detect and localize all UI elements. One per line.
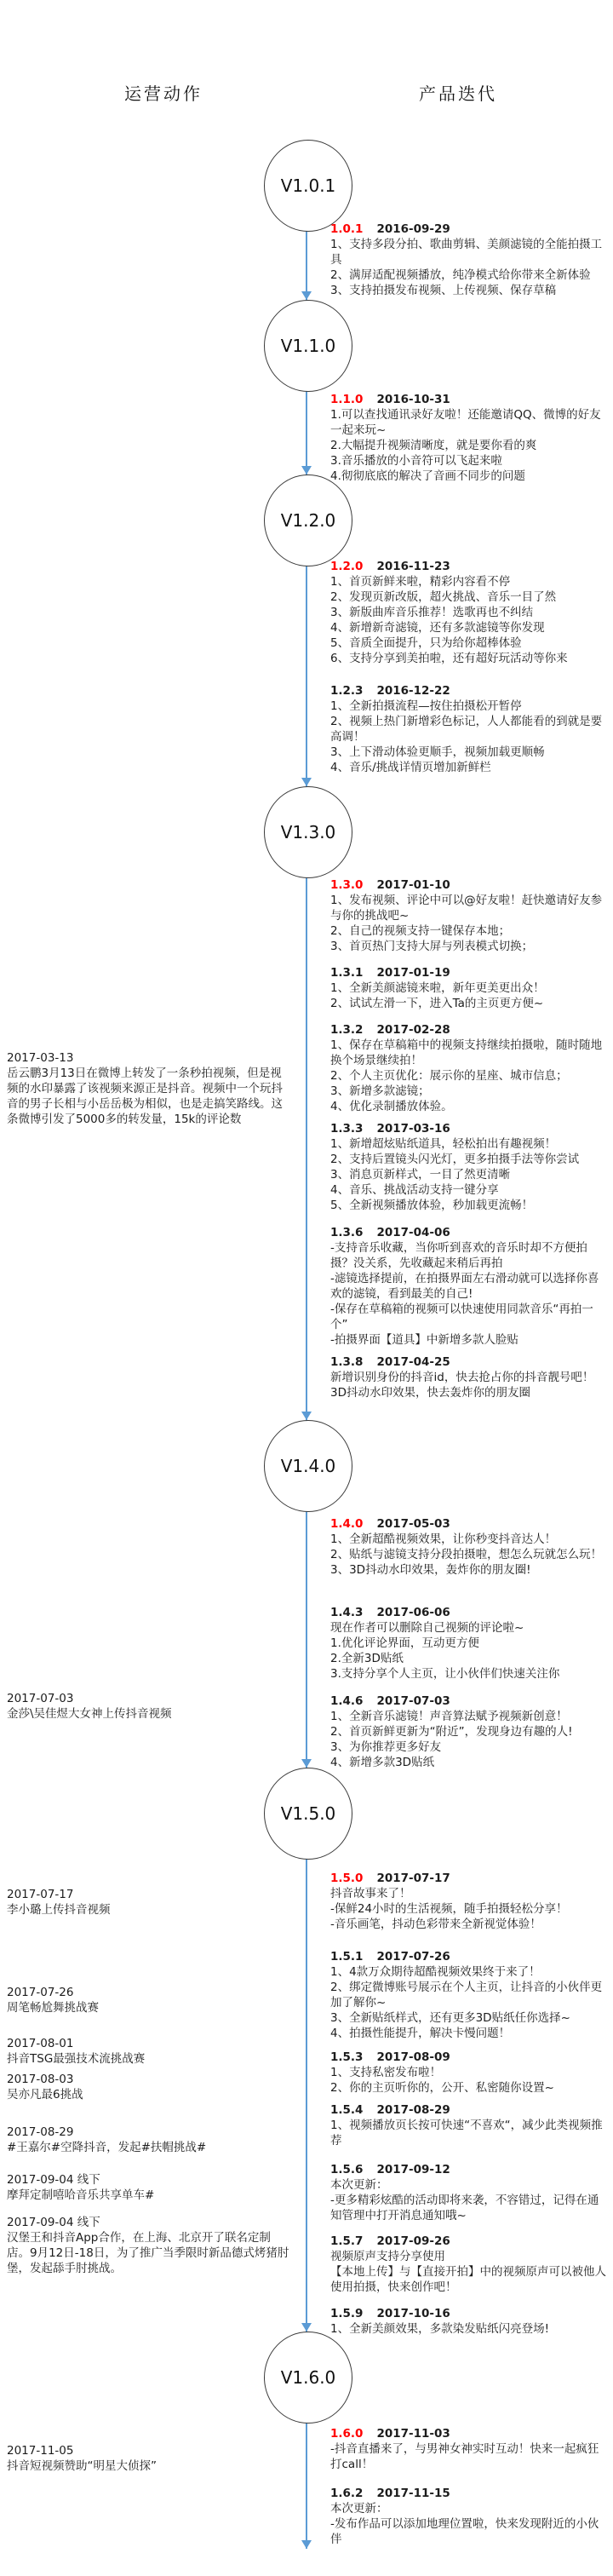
release-date: 2017-09-26 (376, 2234, 450, 2248)
release-notes: 本次更新： -发布作品可以添加地理位置啦，快来发现附近的小伙伴 (330, 2501, 610, 2547)
release-version: 1.5.0 (330, 1871, 363, 1886)
release-date: 2017-05-03 (376, 1517, 450, 1531)
ops-text: 李小璐上传抖音视频 (7, 1902, 291, 1918)
release-date: 2017-09-12 (376, 2163, 450, 2176)
arrow-down-icon (301, 291, 312, 300)
release-date: 2016-11-23 (376, 560, 450, 573)
ops-date: 2017-08-01 (7, 2036, 291, 2051)
release-notes: 1、全新音乐滤镜！声音算法赋予视频新创意！ 2、首页新鲜更新为“附近”，发现身边… (330, 1709, 610, 1770)
release-header: 1.5.02017-07-17 (330, 1871, 610, 1886)
release-notes: 1、全新美颜效果，多款染发贴纸闪亮登场! (330, 2321, 610, 2337)
ops-date: 2017-09-04 线下 (7, 2215, 291, 2230)
release-date: 2017-08-29 (376, 2103, 450, 2117)
release-header: 1.0.12016-09-29 (330, 221, 610, 237)
arrow-down-icon (301, 1759, 312, 1768)
version-node-v1-1-0: V1.1.0 (264, 300, 352, 392)
release-header: 1.3.62017-04-06 (330, 1225, 610, 1240)
version-node-v1-2-0: V1.2.0 (264, 474, 352, 566)
release-version: 1.2.0 (330, 559, 363, 574)
release-block-1-3-8: 1.3.82017-04-25新增识别身份的抖音id，快去抢占你的抖音靓号吧！ … (330, 1354, 610, 1400)
release-version: 1.3.6 (330, 1225, 363, 1240)
release-version: 1.5.9 (330, 2306, 363, 2321)
ops-text: 周笔畅尬舞挑战赛 (7, 2000, 291, 2015)
arrow-down-icon (301, 1412, 312, 1420)
release-version: 1.3.8 (330, 1354, 363, 1370)
release-block-1-5-4: 1.5.42017-08-291、视频播放页长按可快速“不喜欢“，减少此类视频推… (330, 2102, 610, 2148)
release-date: 2017-11-15 (376, 2487, 450, 2500)
ops-entry-wuyifan: 2017-08-03吴亦凡最6挑战 (7, 2072, 291, 2102)
ops-date: 2017-09-04 线下 (7, 2172, 291, 2188)
release-date: 2017-02-28 (376, 1023, 450, 1037)
release-notes: 1、首页新鲜来啦，精彩内容看不停 2、发现页新改版，超火挑战、音乐一目了然 3、… (330, 574, 610, 666)
column-title-operations: 运营动作 (124, 80, 203, 105)
release-header: 1.3.02017-01-10 (330, 877, 610, 893)
arrow-down-icon (301, 2540, 312, 2549)
release-block-1-5-3: 1.5.32017-08-091、支持私密发布啦！ 2、你的主页听你的，公开、私… (330, 2050, 610, 2096)
release-version: 1.5.3 (330, 2050, 363, 2065)
release-header: 1.3.22017-02-28 (330, 1022, 610, 1038)
release-block-1-5-0: 1.5.02017-07-17抖音故事来了！ -保鲜24小时的生活视频，随手拍摄… (330, 1871, 610, 1932)
version-label: V1.0.1 (281, 175, 336, 196)
release-date: 2017-01-19 (376, 966, 450, 980)
release-notes: 现在作者可以删除自己视频的评论啦~ 1.优化评论界面，互动更方便 2.全新3D贴… (330, 1620, 610, 1682)
release-block-1-2-3: 1.2.32016-12-221、全新拍摄流程—按住拍摄松开暂停 2、视频上热门… (330, 683, 610, 775)
release-block-1-4-0: 1.4.02017-05-031、全新超酷视频效果，让你秒变抖音达人！ 2、贴纸… (330, 1516, 610, 1578)
release-version: 1.2.3 (330, 683, 363, 699)
version-label: V1.3.0 (281, 822, 336, 842)
release-notes: 视频原声支持分享使用 【本地上传】与【直接开拍】中的视频原声可以被他人使用拍摄，… (330, 2249, 610, 2295)
ops-entry-yueyunpeng: 2017-03-13岳云鹏3月13日在微博上转发了一条秒拍视频，但是视频的水印暴… (7, 1050, 291, 1127)
ops-date: 2017-07-03 (7, 1691, 291, 1706)
release-version: 1.3.0 (330, 877, 363, 893)
ops-text: 抖音TSG最强技术流挑战赛 (7, 2051, 291, 2067)
release-header: 1.4.32017-06-06 (330, 1605, 610, 1620)
release-block-1-3-0: 1.3.02017-01-101、发布视频、评论中可以@好友啦！赶快邀请好友参与… (330, 877, 610, 954)
ops-entry-zhoubichang: 2017-07-26周笔畅尬舞挑战赛 (7, 1985, 291, 2015)
release-date: 2016-10-31 (376, 393, 450, 406)
version-label: V1.1.0 (281, 336, 336, 356)
release-date: 2017-04-25 (376, 1355, 450, 1369)
release-date: 2017-07-26 (376, 1950, 450, 1964)
release-version: 1.6.2 (330, 2486, 363, 2501)
timeline-diagram: 运营动作 产品迭代 V1.0.1 V1.1.0 V1.2.0 V1.3.0 V1… (0, 0, 613, 2576)
release-date: 2017-08-09 (376, 2050, 450, 2064)
version-label: V1.6.0 (281, 2367, 336, 2388)
release-block-1-4-6: 1.4.62017-07-031、全新音乐滤镜！声音算法赋予视频新创意！ 2、首… (330, 1693, 610, 1770)
release-header: 1.2.02016-11-23 (330, 559, 610, 574)
release-block-1-0-1: 1.0.12016-09-291、支持多段分拍、歌曲剪辑、美颜滤镜的全能拍摄工具… (330, 221, 610, 298)
ops-entry-jinsha: 2017-07-03金莎\吴佳煜大女神上传抖音视频 (7, 1691, 291, 1722)
version-node-v1-0-1: V1.0.1 (264, 140, 352, 232)
ops-date: 2017-08-03 (7, 2072, 291, 2087)
release-header: 1.3.12017-01-19 (330, 965, 610, 980)
ops-text: 岳云鹏3月13日在微博上转发了一条秒拍视频，但是视频的水印暴露了该视频来源正是抖… (7, 1066, 291, 1127)
version-node-v1-3-0: V1.3.0 (264, 786, 352, 878)
release-date: 2017-01-10 (376, 878, 450, 892)
version-node-v1-4-0: V1.4.0 (264, 1420, 352, 1512)
ops-entry-mingxingdazhentan: 2017-11-05抖音短视频赞助“明星大侦探” (7, 2443, 291, 2474)
release-block-1-3-3: 1.3.32017-03-161、新增超炫贴纸道具，轻松拍出有趣视频！ 2、支持… (330, 1121, 610, 1213)
release-block-1-3-1: 1.3.12017-01-191、全新美颜滤镜来啦，新年更美更出众！ 2、试试左… (330, 965, 610, 1011)
release-notes: 1、全新美颜滤镜来啦，新年更美更出众！ 2、试试左滑一下，进入Ta的主页更方便~ (330, 980, 610, 1011)
release-version: 1.3.1 (330, 965, 363, 980)
arrow-down-icon (301, 778, 312, 786)
release-header: 1.6.22017-11-15 (330, 2486, 610, 2501)
ops-entry-wangjiaer: 2017-08-29#王嘉尔#空降抖音，发起#扶帽挑战# (7, 2125, 291, 2155)
release-block-1-6-2: 1.6.22017-11-15本次更新： -发布作品可以添加地理位置啦，快来发现… (330, 2486, 610, 2547)
release-date: 2017-10-16 (376, 2307, 450, 2320)
release-header: 1.1.02016-10-31 (330, 392, 610, 407)
release-notes: 1、支持多段分拍、歌曲剪辑、美颜滤镜的全能拍摄工具 2、满屏适配视频播放，纯净模… (330, 237, 610, 298)
release-block-1-1-0: 1.1.02016-10-311.可以查找通讯录好友啦！还能邀请QQ、微博的好友… (330, 392, 610, 484)
release-version: 1.1.0 (330, 392, 363, 407)
ops-text: #王嘉尔#空降抖音，发起#扶帽挑战# (7, 2140, 291, 2155)
release-notes: 1、4款万众期待超酷视频效果终于来了！ 2、绑定微博账号展示在个人主页，让抖音的… (330, 1964, 610, 2041)
ops-text: 吴亦凡最6挑战 (7, 2087, 291, 2102)
release-notes: 1、全新拍摄流程—按住拍摄松开暂停 2、视频上热门新增彩色标记，人人都能看的到就… (330, 699, 610, 775)
release-notes: -抖音直播来了，与男神女神实时互动！快来一起疯狂打call！ (330, 2441, 610, 2472)
release-version: 1.4.0 (330, 1516, 363, 1532)
release-date: 2016-12-22 (376, 684, 450, 698)
version-label: V1.5.0 (281, 1803, 336, 1824)
release-version: 1.5.7 (330, 2234, 363, 2249)
release-version: 1.3.2 (330, 1022, 363, 1038)
release-header: 1.6.02017-11-03 (330, 2426, 610, 2441)
release-notes: 1、发布视频、评论中可以@好友啦！赶快邀请好友参与你的挑战吧~ 2、自己的视频支… (330, 893, 610, 954)
ops-text: 摩拜定制嘻哈音乐共享单车# (7, 2188, 291, 2203)
release-block-1-3-6: 1.3.62017-04-06-支持音乐收藏，当你听到喜欢的音乐时却不方便拍摄？… (330, 1225, 610, 1348)
release-version: 1.6.0 (330, 2426, 363, 2441)
version-node-v1-5-0: V1.5.0 (264, 1768, 352, 1860)
ops-date: 2017-08-29 (7, 2125, 291, 2140)
release-block-1-5-6: 1.5.62017-09-12本次更新： -更多精彩炫酷的活动即将来袭，不容错过… (330, 2162, 610, 2223)
arrow-down-icon (301, 2323, 312, 2332)
release-version: 1.0.1 (330, 221, 363, 237)
release-header: 1.5.92017-10-16 (330, 2306, 610, 2321)
ops-text: 抖音短视频赞助“明星大侦探” (7, 2458, 291, 2474)
release-version: 1.5.1 (330, 1949, 363, 1964)
release-header: 1.5.12017-07-26 (330, 1949, 610, 1964)
ops-date: 2017-07-17 (7, 1887, 291, 1902)
ops-entry-lixiaolu: 2017-07-17李小璐上传抖音视频 (7, 1887, 291, 1918)
ops-entry-tsg: 2017-08-01抖音TSG最强技术流挑战赛 (7, 2036, 291, 2067)
release-date: 2017-07-03 (376, 1694, 450, 1708)
release-block-1-5-9: 1.5.92017-10-161、全新美颜效果，多款染发贴纸闪亮登场! (330, 2306, 610, 2337)
release-notes: 1.可以查找通讯录好友啦！还能邀请QQ、微博的好友一起来玩~ 2.大幅提升视频清… (330, 407, 610, 484)
release-notes: 1、支持私密发布啦！ 2、你的主页听你的，公开、私密随你设置~ (330, 2065, 610, 2096)
ops-text: 汉堡王和抖音App合作，在上海、北京开了联名定制店。9月12日-18日，为了推广… (7, 2230, 291, 2276)
ops-entry-burgerking: 2017-09-04 线下汉堡王和抖音App合作，在上海、北京开了联名定制店。9… (7, 2215, 291, 2276)
release-header: 1.3.32017-03-16 (330, 1121, 610, 1136)
ops-date: 2017-07-26 (7, 1985, 291, 2000)
release-notes: 抖音故事来了！ -保鲜24小时的生活视频，随手拍摄轻松分享！ -音乐画笔，抖动色… (330, 1886, 610, 1932)
arrow-down-icon (301, 466, 312, 474)
release-notes: -支持音乐收藏，当你听到喜欢的音乐时却不方便拍摄？没关系，先收藏起来稍后再拍 -… (330, 1240, 610, 1348)
ops-date: 2017-03-13 (7, 1050, 291, 1066)
version-label: V1.4.0 (281, 1456, 336, 1476)
release-version: 1.5.4 (330, 2102, 363, 2118)
release-header: 1.3.82017-04-25 (330, 1354, 610, 1370)
release-date: 2017-11-03 (376, 2427, 450, 2441)
release-header: 1.2.32016-12-22 (330, 683, 610, 699)
release-header: 1.5.42017-08-29 (330, 2102, 610, 2118)
release-date: 2017-07-17 (376, 1872, 450, 1885)
release-header: 1.5.72017-09-26 (330, 2234, 610, 2249)
release-header: 1.4.02017-05-03 (330, 1516, 610, 1532)
release-notes: 1、保存在草稿箱中的视频支持继续拍摄啦，随时随地换个场景继续拍！ 2、个人主页优… (330, 1038, 610, 1114)
timeline-line (306, 230, 307, 2549)
release-block-1-6-0: 1.6.02017-11-03-抖音直播来了，与男神女神实时互动！快来一起疯狂打… (330, 2426, 610, 2472)
release-version: 1.5.6 (330, 2162, 363, 2177)
column-title-product: 产品迭代 (419, 80, 497, 105)
release-date: 2017-03-16 (376, 1122, 450, 1136)
release-block-1-2-0: 1.2.02016-11-231、首页新鲜来啦，精彩内容看不停 2、发现页新改版… (330, 559, 610, 666)
release-date: 2017-04-06 (376, 1226, 450, 1239)
version-node-v1-6-0: V1.6.0 (264, 2332, 352, 2424)
ops-entry-mobike: 2017-09-04 线下摩拜定制嘻哈音乐共享单车# (7, 2172, 291, 2203)
release-notes: 1、视频播放页长按可快速“不喜欢“，减少此类视频推荐 (330, 2118, 610, 2148)
release-version: 1.4.6 (330, 1693, 363, 1709)
release-block-1-5-7: 1.5.72017-09-26视频原声支持分享使用 【本地上传】与【直接开拍】中… (330, 2234, 610, 2295)
release-notes: 1、全新超酷视频效果，让你秒变抖音达人！ 2、贴纸与滤镜支持分段拍摄啦，想怎么玩… (330, 1532, 610, 1578)
release-block-1-3-2: 1.3.22017-02-281、保存在草稿箱中的视频支持继续拍摄啦，随时随地换… (330, 1022, 610, 1114)
ops-text: 金莎\吴佳煜大女神上传抖音视频 (7, 1706, 291, 1722)
release-version: 1.4.3 (330, 1605, 363, 1620)
release-header: 1.5.62017-09-12 (330, 2162, 610, 2177)
release-date: 2017-06-06 (376, 1606, 450, 1619)
release-notes: 1、新增超炫贴纸道具，轻松拍出有趣视频！ 2、支持后置镜头闪光灯，更多拍摄手法等… (330, 1136, 610, 1213)
release-header: 1.4.62017-07-03 (330, 1693, 610, 1709)
release-version: 1.3.3 (330, 1121, 363, 1136)
release-date: 2016-09-29 (376, 222, 450, 236)
version-label: V1.2.0 (281, 510, 336, 531)
release-notes: 本次更新： -更多精彩炫酷的活动即将来袭，不容错过，记得在通知管理中打开消息通知… (330, 2177, 610, 2223)
release-block-1-5-1: 1.5.12017-07-261、4款万众期待超酷视频效果终于来了！ 2、绑定微… (330, 1949, 610, 2041)
release-header: 1.5.32017-08-09 (330, 2050, 610, 2065)
ops-date: 2017-11-05 (7, 2443, 291, 2458)
release-block-1-4-3: 1.4.32017-06-06现在作者可以删除自己视频的评论啦~ 1.优化评论界… (330, 1605, 610, 1682)
release-notes: 新增识别身份的抖音id，快去抢占你的抖音靓号吧！ 3D抖动水印效果，快去轰炸你的… (330, 1370, 610, 1400)
